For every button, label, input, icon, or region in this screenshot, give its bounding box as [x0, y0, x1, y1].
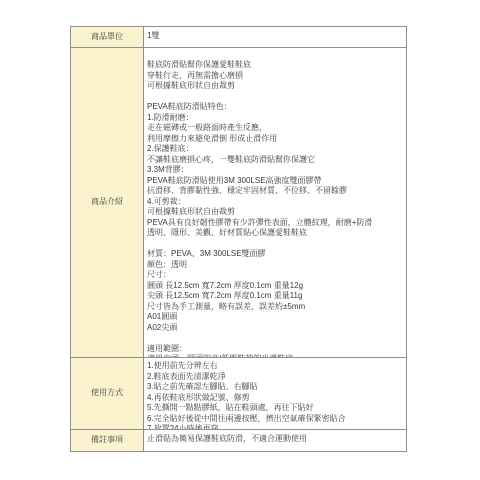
row-label-usage-instructions: 使用方式 [71, 358, 144, 429]
table-row-usage-instructions: 使用方式 1.使用前先分辨左右 2.鞋底表面先清潔乾淨 3.貼之前先確認左腳貼、… [71, 358, 406, 430]
row-content-remarks: 止滑貼為簡易保護鞋底防滑，不適合運動使用 [144, 430, 406, 451]
row-content-product-intro: 鞋底防滑貼幫你保護愛鞋鞋底 穿鞋行走，再無需擔心磨損 可根據鞋底形狀自由裁剪 P… [144, 48, 406, 357]
product-spec-table: 商品單位 1雙 商品介紹 鞋底防滑貼幫你保護愛鞋鞋底 穿鞋行走，再無需擔心磨損 … [70, 26, 407, 452]
row-label-product-intro: 商品介紹 [71, 48, 144, 357]
row-content-product-unit: 1雙 [144, 27, 406, 47]
row-label-remarks: 備註事項 [71, 430, 144, 451]
table-row-product-intro: 商品介紹 鞋底防滑貼幫你保護愛鞋鞋底 穿鞋行走，再無需擔心磨損 可根據鞋底形狀自… [71, 48, 406, 358]
table-row-product-unit: 商品單位 1雙 [71, 27, 406, 48]
row-label-product-unit: 商品單位 [71, 27, 144, 47]
row-content-usage-instructions: 1.使用前先分辨左右 2.鞋底表面先清潔乾淨 3.貼之前先確認左腳貼、右腳貼 4… [144, 358, 406, 429]
product-spec-page: 商品單位 1雙 商品介紹 鞋底防滑貼幫你保護愛鞋鞋底 穿鞋行走，再無需擔心磨損 … [0, 0, 480, 480]
table-row-remarks: 備註事項 止滑貼為簡易保護鞋底防滑，不適合運動使用 [71, 430, 406, 451]
